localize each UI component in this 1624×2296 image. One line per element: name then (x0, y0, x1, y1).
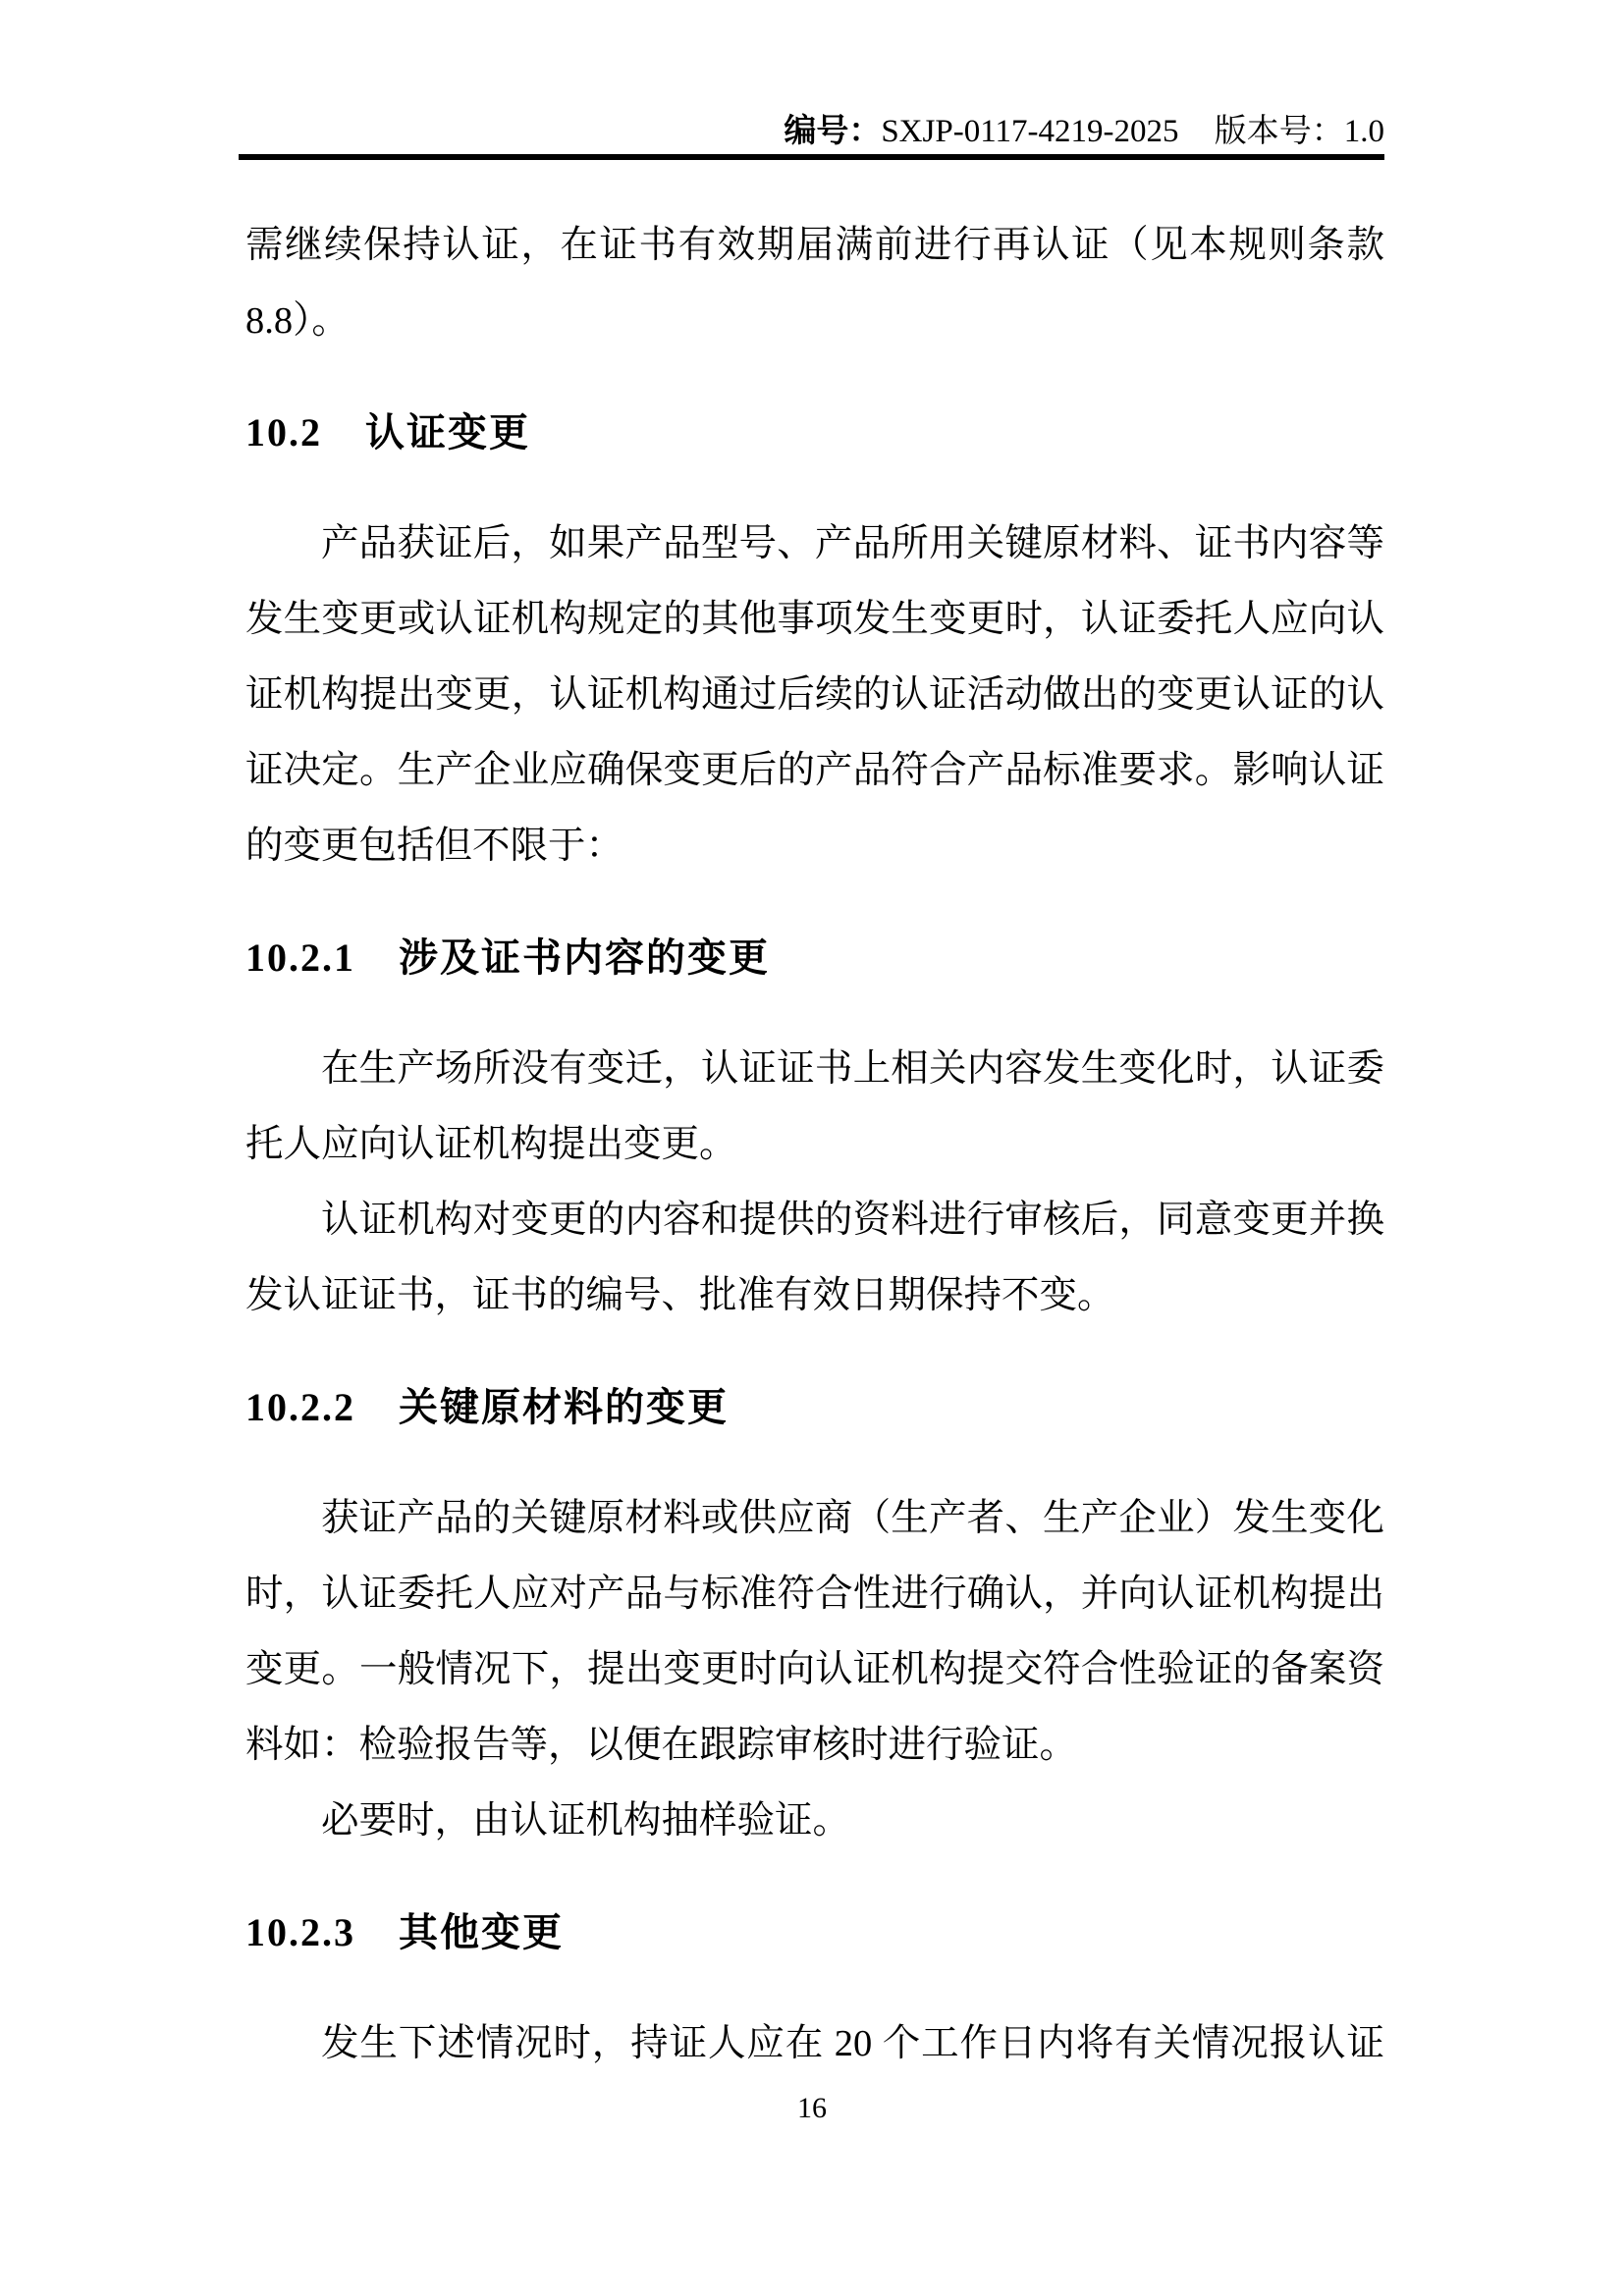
document-page: 编号：SXJP-0117-4219-2025版本号：1.0 需继续保持认证，在证… (0, 0, 1624, 2296)
page-number: 16 (0, 2089, 1624, 2128)
document-header: 编号：SXJP-0117-4219-2025版本号：1.0 (239, 112, 1384, 151)
header-rule-divider (239, 154, 1384, 160)
paragraph-line: 发生变更或认证机构规定的其他事项发生变更时，认证委托人应向认 (245, 582, 1384, 658)
paragraph-line: 料如：检验报告等，以便在跟踪审核时进行验证。 (245, 1708, 1384, 1784)
section-number: 10.2.3 (245, 1910, 355, 1954)
section-number: 10.2.2 (245, 1385, 355, 1429)
version-value: 1.0 (1344, 114, 1384, 149)
section-title: 关键原材料的变更 (399, 1386, 729, 1429)
section-heading-10-2-2: 10.2.2关键原材料的变更 (245, 1369, 1384, 1446)
paragraph-line: 需继续保持认证，在证书有效期届满前进行再认证（见本规则条款 (245, 208, 1384, 284)
section-title: 其他变更 (399, 1911, 564, 1954)
section-title: 认证变更 (365, 411, 530, 454)
paragraph-line: 在生产场所没有变迁，认证证书上相关内容发生变化时，认证委 (245, 1032, 1384, 1107)
paragraph-line: 的变更包括但不限于： (245, 809, 1384, 884)
paragraph-line: 变更。一般情况下，提出变更时向认证机构提交符合性验证的备案资 (245, 1632, 1384, 1708)
paragraph-line: 8.8）。 (245, 284, 1384, 359)
section-heading-10-2-1: 10.2.1涉及证书内容的变更 (245, 920, 1384, 996)
version-label: 版本号： (1215, 114, 1344, 149)
paragraph-line: 产品获证后，如果产品型号、产品所用关键原材料、证书内容等 (245, 507, 1384, 582)
paragraph-line: 证决定。生产企业应确保变更后的产品符合产品标准要求。影响认证 (245, 733, 1384, 809)
paragraph-line: 认证机构对变更的内容和提供的资料进行审核后，同意变更并换 (245, 1183, 1384, 1258)
paragraph-line: 必要时，由认证机构抽样验证。 (245, 1784, 1384, 1859)
section-title: 涉及证书内容的变更 (399, 936, 770, 980)
doc-number-value: SXJP-0117-4219-2025 (881, 114, 1178, 149)
paragraph-line: 托人应向认证机构提出变更。 (245, 1107, 1384, 1183)
paragraph-line: 证机构提出变更，认证机构通过后续的认证活动做出的变更认证的认 (245, 658, 1384, 733)
paragraph-line: 发生下述情况时，持证人应在 20 个工作日内将有关情况报认证 (245, 2006, 1384, 2082)
document-body: 需继续保持认证，在证书有效期届满前进行再认证（见本规则条款 8.8）。 10.2… (245, 208, 1384, 2082)
section-number: 10.2.1 (245, 935, 355, 980)
section-heading-10-2-3: 10.2.3其他变更 (245, 1895, 1384, 1971)
paragraph-line: 时，认证委托人应对产品与标准符合性进行确认，并向认证机构提出 (245, 1557, 1384, 1632)
doc-number-label: 编号： (784, 114, 881, 149)
paragraph-line: 发认证证书，证书的编号、批准有效日期保持不变。 (245, 1258, 1384, 1334)
section-heading-10-2: 10.2认证变更 (245, 395, 1384, 471)
section-number: 10.2 (245, 410, 322, 454)
paragraph-line: 获证产品的关键原材料或供应商（生产者、生产企业）发生变化 (245, 1481, 1384, 1557)
